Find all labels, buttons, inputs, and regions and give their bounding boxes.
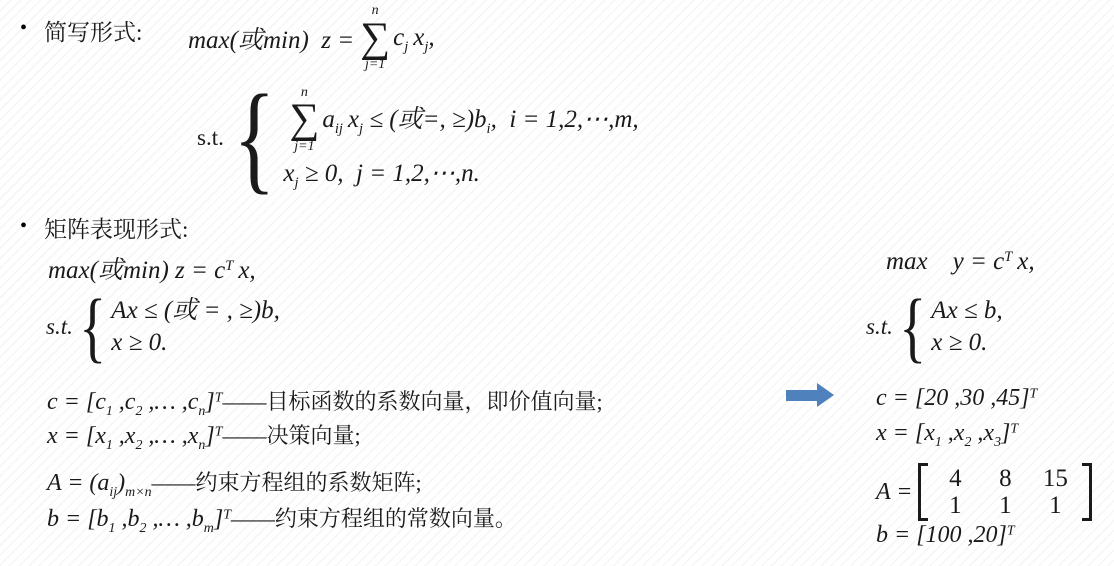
st-label: s.t. — [866, 314, 893, 340]
example-objective: max y = cT x, — [886, 248, 1035, 276]
matrix-left-bracket — [918, 463, 928, 521]
arrow-head — [817, 383, 834, 407]
definition-c-formula: c = [c1 ,c2 ,… ,cn]T — [47, 389, 222, 416]
constraint-row-1: Ax ≤ b, — [931, 295, 1002, 328]
constraint-2-formula: x ≥ 0. — [931, 327, 987, 360]
matrix-form-title: 矩阵表现形式: — [44, 211, 188, 244]
definition-c: c = [c1 ,c2 ,… ,cn]T ——目标函数的系数向量，即价值向量; — [47, 385, 603, 416]
matrix-prefix: A = — [876, 479, 912, 506]
objective-prefix: max(或min) z = — [188, 20, 354, 56]
matrix-cell: 1 — [1030, 492, 1080, 519]
matrix-form-objective: max(或min) z = cT x, — [48, 250, 256, 286]
constraint-1-formula: aij xj ≤ (或=, ≥)bi, i = 1,2,⋯,m, — [322, 104, 638, 137]
arrow-body — [786, 390, 817, 401]
constraint-row-1: Ax ≤ (或 = , ≥)b, — [111, 295, 280, 328]
definition-x: x = [x1 ,x2 ,… ,xn]T ——决策向量; — [47, 419, 361, 450]
sigma-icon: ∑ — [360, 19, 390, 58]
left-brace-glyph: { — [899, 294, 926, 360]
constraint-2-formula: xj ≥ 0, j = 1,2,⋯,n. — [283, 158, 479, 191]
matrix-cell: 15 — [1030, 465, 1080, 492]
constraint-1-formula: Ax ≤ (或 = , ≥)b, — [111, 295, 280, 328]
summation-objective: n ∑ j=1 — [360, 3, 390, 72]
definition-b-description: ——约束方程组的常数向量。 — [231, 502, 517, 533]
definition-A: A = (aij)m×n ——约束方程组的系数矩阵; — [47, 466, 422, 497]
right-arrow-icon — [786, 383, 834, 408]
definition-x-formula: x = [x1 ,x2 ,… ,xn]T — [47, 423, 222, 450]
example-constraints: s.t. { Ax ≤ b, x ≥ 0. — [866, 291, 1003, 363]
bullet-2-marker: • — [20, 215, 27, 238]
slide: • 简写形式: max(或min) z = n ∑ j=1 cj xj, s.t… — [0, 0, 1114, 566]
constraint-row-1: n ∑ j=1 aij xj ≤ (或=, ≥)bi, i = 1,2,⋯,m, — [283, 85, 638, 154]
objective-suffix: cj xj, — [393, 24, 435, 52]
constraint-row-2: xj ≥ 0, j = 1,2,⋯,n. — [283, 158, 638, 191]
matrix-cell: 4 — [930, 465, 980, 492]
definition-A-formula: A = (aij)m×n — [47, 470, 152, 497]
sum-lower-limit: j=1 — [294, 139, 314, 154]
left-brace-glyph: { — [233, 86, 275, 190]
example-x-vector: x = [x1 ,x2 ,x3]T — [876, 420, 1018, 447]
matrix-right-bracket — [1082, 463, 1092, 521]
short-form-constraints: s.t. { n ∑ j=1 aij xj ≤ (或=, ≥)bi, i = 1… — [197, 80, 639, 196]
constraint-row-2: x ≥ 0. — [931, 327, 1002, 360]
definition-b: b = [b1 ,b2 ,… ,bm]T ——约束方程组的常数向量。 — [47, 502, 517, 533]
example-c-vector: c = [20 ,30 ,45]T — [876, 385, 1037, 412]
matrix-cell: 8 — [980, 465, 1030, 492]
matrix-cells: 4 8 15 1 1 1 — [928, 465, 1082, 519]
summation-constraint: n ∑ j=1 — [289, 85, 319, 154]
sum-lower-limit: j=1 — [365, 57, 385, 72]
short-form-objective: max(或min) z = n ∑ j=1 cj xj, — [188, 0, 435, 78]
matrix-cell: 1 — [980, 492, 1030, 519]
constraint-row-2: x ≥ 0. — [111, 327, 280, 360]
matrix-cell: 1 — [930, 492, 980, 519]
left-brace-glyph: { — [79, 294, 106, 360]
definition-x-description: ——决策向量; — [222, 419, 360, 450]
constraint-2-formula: x ≥ 0. — [111, 327, 167, 360]
short-form-title: 简写形式: — [44, 14, 142, 47]
matrix-form-constraints: s.t. { Ax ≤ (或 = , ≥)b, x ≥ 0. — [46, 291, 280, 363]
definition-c-description: ——目标函数的系数向量，即价值向量; — [222, 385, 602, 416]
st-label: s.t. — [197, 125, 224, 151]
st-label: s.t. — [46, 314, 73, 340]
bullet-1-marker: • — [20, 17, 27, 40]
definition-b-formula: b = [b1 ,b2 ,… ,bm]T — [47, 506, 231, 533]
constraint-1-formula: Ax ≤ b, — [931, 295, 1002, 328]
example-b-vector: b = [100 ,20]T — [876, 522, 1015, 549]
sigma-icon: ∑ — [289, 100, 319, 139]
example-A-matrix: A = 4 8 15 1 1 1 — [876, 462, 1092, 522]
definition-A-description: ——约束方程组的系数矩阵; — [152, 466, 422, 497]
